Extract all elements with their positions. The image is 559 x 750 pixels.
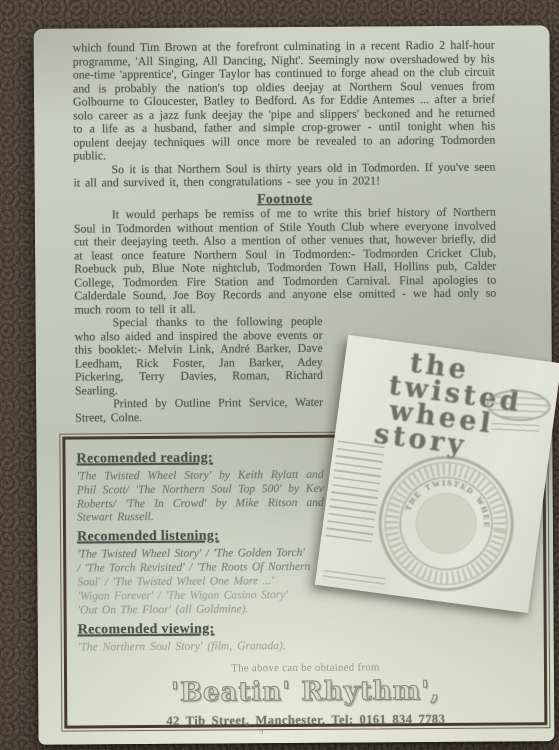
paragraph-tim-brown: which found Tim Brown at the forefront c… xyxy=(73,39,496,163)
twisted-wheel-cover-insert: thetwistedwheelstory THE TWISTED WHEEL C… xyxy=(333,340,499,599)
paragraph-text: which found Tim Brown at the forefront c… xyxy=(73,38,496,163)
twisted-wheel-cover: thetwistedwheelstory THE TWISTED WHEEL C… xyxy=(315,335,559,613)
page-number: 9 xyxy=(259,727,263,736)
body-text: which found Tim Brown at the forefront c… xyxy=(34,25,553,425)
obtain-note: The above can be obtained from xyxy=(78,660,533,675)
twisted-wheel-club-logo-icon: THE TWISTED WHEEL CLUB xyxy=(368,445,525,602)
recommended-viewing-text: 'The Northern Soul Story' (film, Granada… xyxy=(78,638,533,655)
paragraph-text: It would perhaps be remiss of me to writ… xyxy=(74,205,497,316)
paragraph-text: Printed by Outline Print Service, Water … xyxy=(75,395,323,424)
paragraph-thirty-years: So it is that Northern Soul is thirty ye… xyxy=(73,160,495,190)
shop-name: 'Beatin' Rhythm', xyxy=(78,675,533,708)
recommended-viewing-heading: Recomended viewing: xyxy=(78,620,533,639)
paragraph-text: Special thanks to the following people w… xyxy=(75,314,323,397)
badge-caption-lines xyxy=(491,423,539,436)
booklet-page: which found Tim Brown at the forefront c… xyxy=(34,25,555,745)
paragraph-text: So it is that Northern Soul is thirty ye… xyxy=(74,159,496,189)
paragraph-footnote: It would perhaps be remiss of me to writ… xyxy=(74,206,497,317)
paragraph-special-thanks: thetwistedwheelstory THE TWISTED WHEEL C… xyxy=(75,314,498,398)
shop-address: 42 Tib Street, Manchester. Tel: 0161 834… xyxy=(78,711,533,729)
carpet-background: which found Tim Brown at the forefront c… xyxy=(0,0,559,750)
